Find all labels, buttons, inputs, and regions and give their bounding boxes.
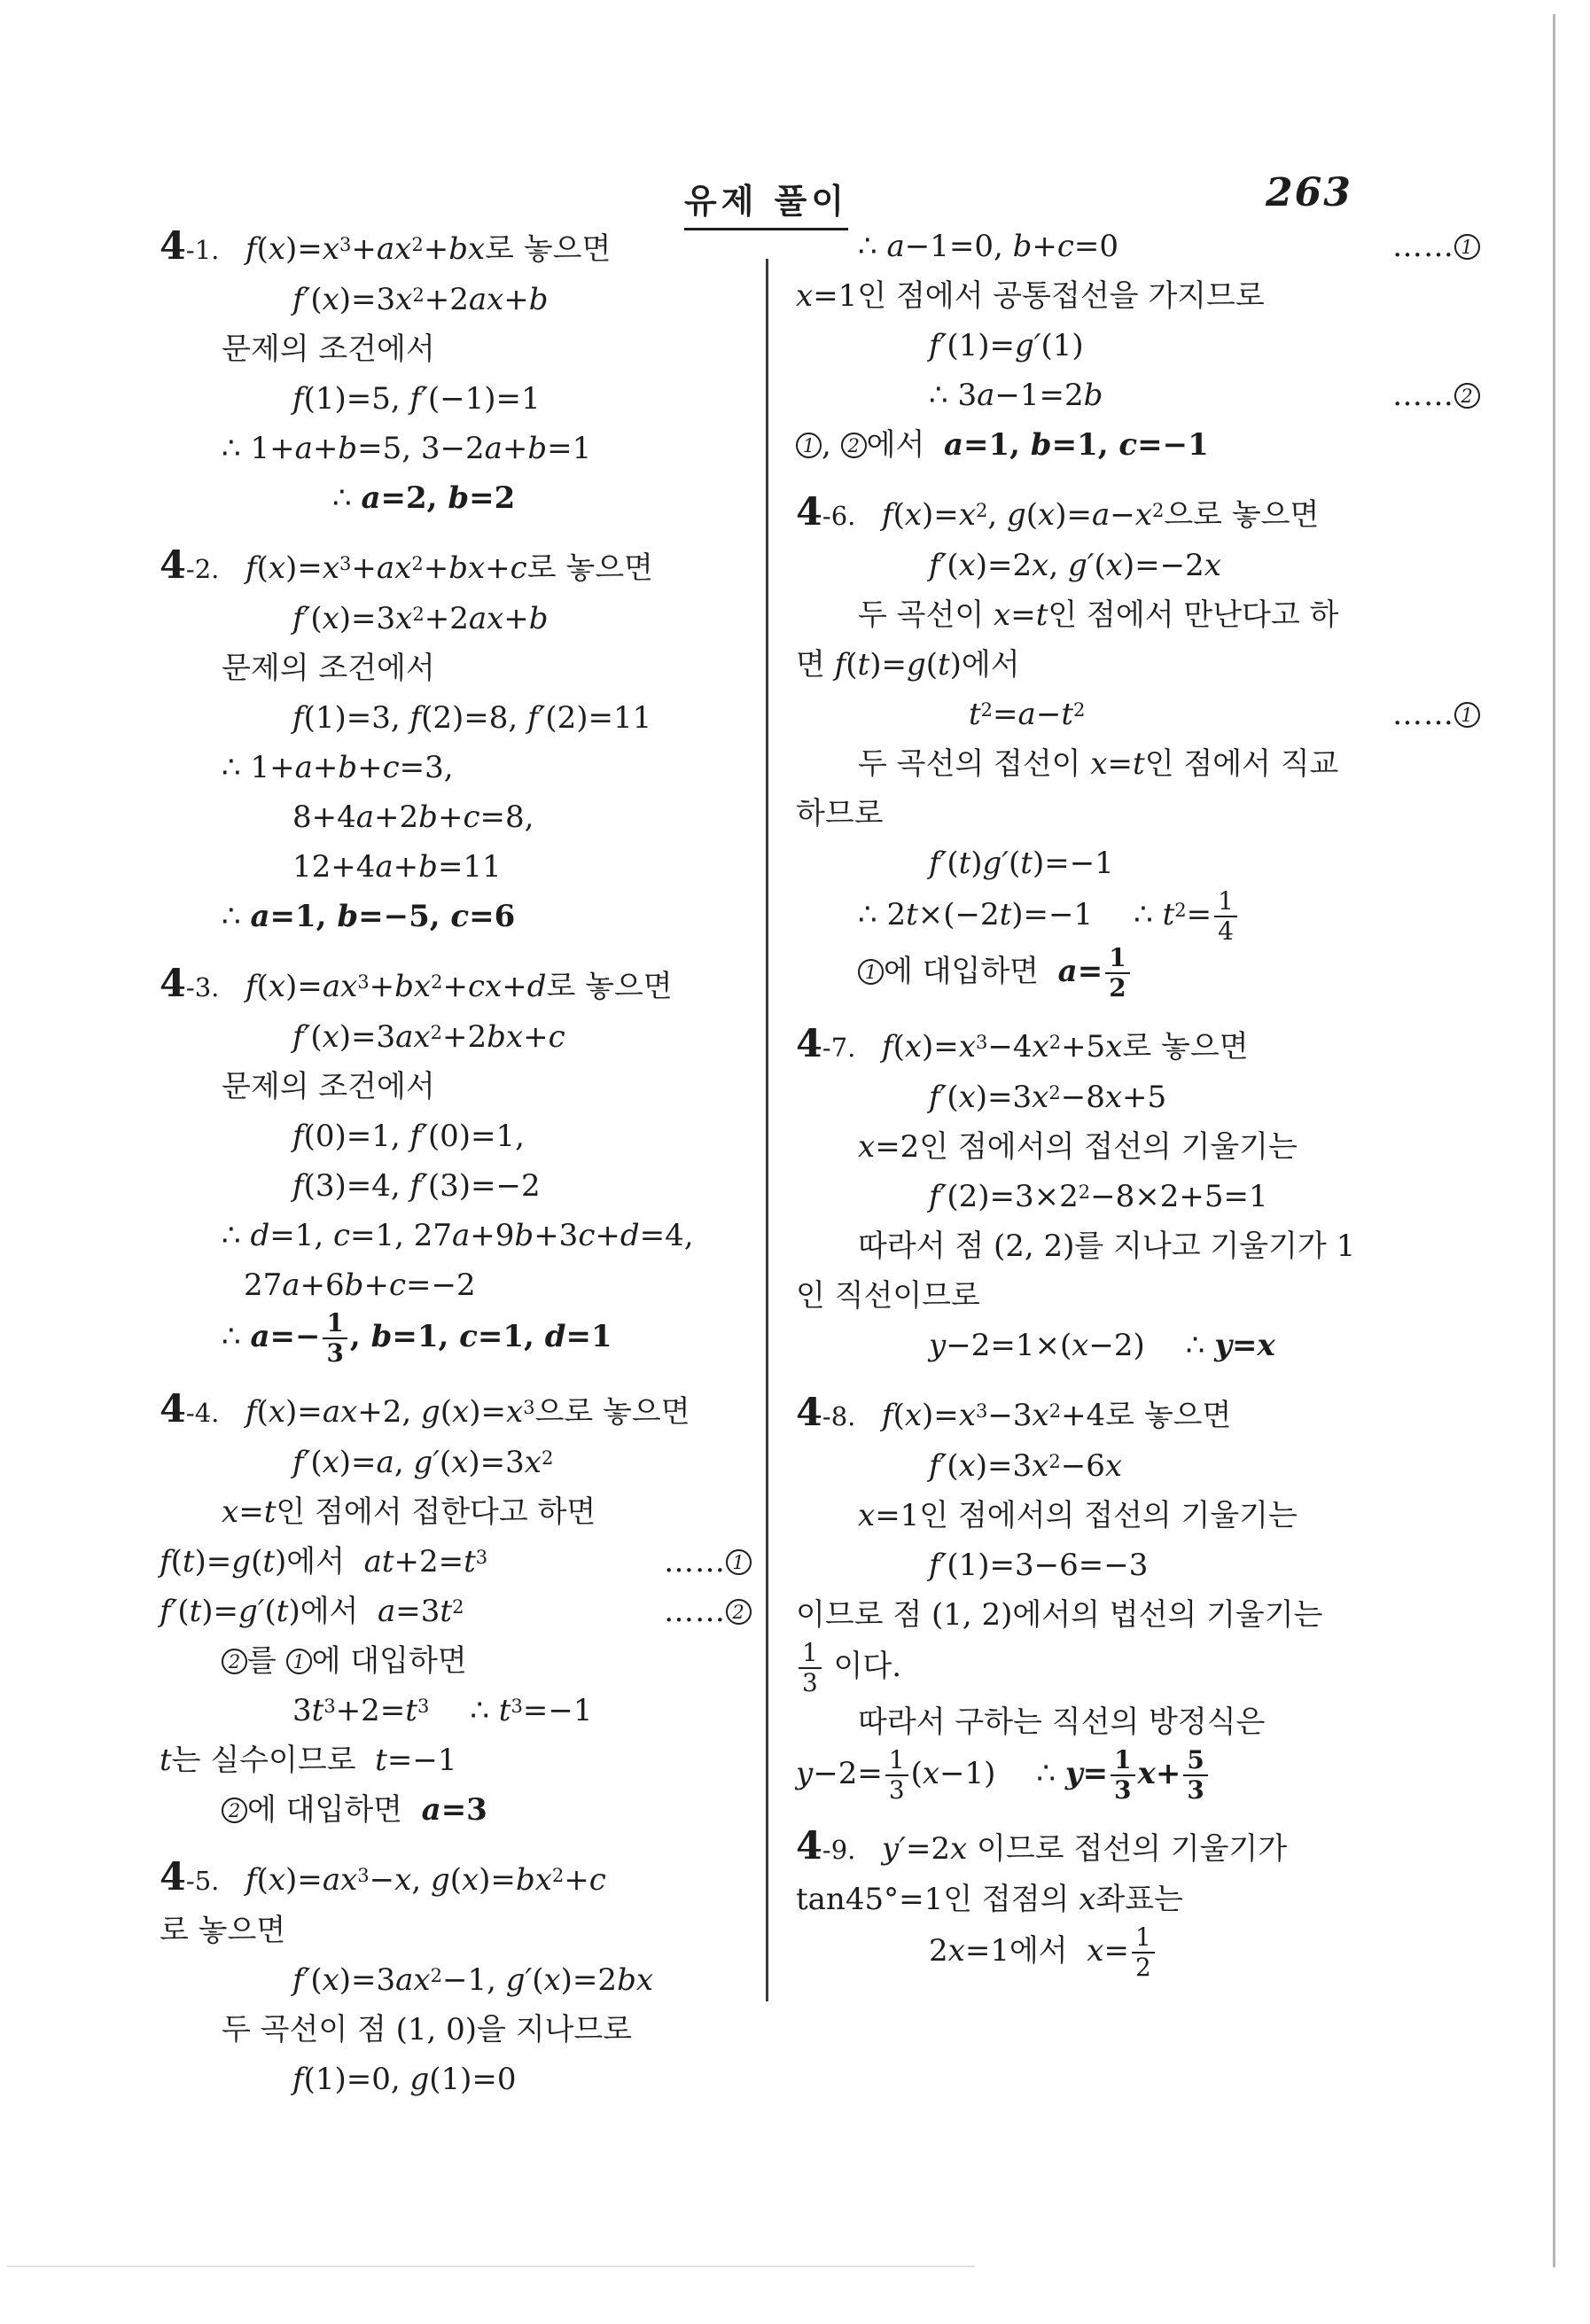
solution-line: f(1)=5, f′(−1)=1 <box>292 374 752 424</box>
fraction: 14 <box>1214 888 1237 945</box>
circled-number: 1 <box>1454 702 1480 728</box>
fraction: 13 <box>323 1310 347 1367</box>
circled-number: 1 <box>1454 234 1480 260</box>
fraction: 13 <box>1111 1747 1134 1804</box>
problem-4-6: 4-6.f(x)=x2, g(x)=a−x2으로 놓으면f′(x)=2x, g′… <box>796 487 1480 1002</box>
solution-line: ∴ a−1=0, b+c=0……1 <box>858 222 1480 271</box>
circled-number: 2 <box>841 433 867 458</box>
solution-line: 면 f(t)=g(t)에서 <box>796 640 1480 690</box>
solution-line: 27a+6b+c=−2 <box>244 1260 752 1310</box>
solution-line: f′(x)=2x, g′(x)=−2x <box>929 541 1480 590</box>
solution-line: ∴ 1+a+b+c=3, <box>222 743 752 792</box>
solution-line: f′(1)=3−6=−3 <box>929 1540 1480 1590</box>
problem-label: 4-8. <box>796 1388 882 1441</box>
annotation-ref: ……1 <box>1392 690 1480 739</box>
circled-number: 1 <box>858 959 884 985</box>
scan-artifact-bottom <box>7 2266 975 2267</box>
solution-line: t는 실수이므로 t=−1 <box>160 1735 752 1785</box>
solution-line: f′(x)=3x2+2ax+b <box>292 594 752 643</box>
solution-line: 1, 2에서 a=1, b=1, c=−1 <box>796 420 1480 470</box>
problem-label: 4-1. <box>160 222 246 275</box>
solution-line: f(0)=1, f′(0)=1, <box>292 1111 752 1161</box>
problem-label: 4-4. <box>160 1384 246 1438</box>
solution-line: 4-7.f(x)=x3−4x2+5x로 놓으면 <box>796 1019 1480 1072</box>
annotation-ref: ……1 <box>1392 222 1480 271</box>
circled-number: 2 <box>726 1599 752 1625</box>
solution-line: 3t3+2=t3∴ t3=−1 <box>292 1686 752 1735</box>
problem-label: 4-9. <box>796 1821 882 1875</box>
solution-line: 4-8.f(x)=x3−3x2+4로 놓으면 <box>796 1388 1480 1441</box>
solution-line: f′(t)=g′(t)에서 a=3t2……2 <box>160 1587 752 1636</box>
solution-line: tan45°=1인 접점의 x좌표는 <box>796 1875 1480 1924</box>
solution-line: f(1)=3, f(2)=8, f′(2)=11 <box>292 693 752 743</box>
problem-continuation: ∴ a−1=0, b+c=0……1x=1인 점에서 공통접선을 가지므로f′(1… <box>796 222 1480 470</box>
solution-line: ∴ a=2, b=2 <box>332 473 752 523</box>
solution-line: ∴ 3a−1=2b……2 <box>929 370 1480 420</box>
solution-line: f′(x)=a, g′(x)=3x2 <box>292 1438 752 1487</box>
solution-line: f′(1)=g′(1) <box>929 321 1480 370</box>
circled-number: 1 <box>726 1549 752 1575</box>
solution-line: 따라서 점 (2, 2)를 지나고 기울기가 1 <box>858 1221 1480 1271</box>
solution-line: x=1인 점에서 공통접선을 가지므로 <box>796 271 1480 321</box>
solution-line: f(t)=g(t)에서 at+2=t3……1 <box>160 1537 752 1587</box>
solution-line: 4-4.f(x)=ax+2, g(x)=x3으로 놓으면 <box>160 1384 752 1438</box>
problem-4-1: 4-1.f(x)=x3+ax2+bx로 놓으면f′(x)=3x2+2ax+b문제… <box>160 222 752 523</box>
solution-line: 1에 대입하면 a=12 <box>858 945 1480 1002</box>
fraction: 13 <box>799 1640 822 1696</box>
solution-line: 이므로 점 (1, 2)에서의 법선의 기울기는 <box>796 1590 1480 1640</box>
fraction: 53 <box>1183 1747 1207 1804</box>
solution-line: f′(2)=3×22−8×2+5=1 <box>929 1172 1480 1221</box>
solution-line: f′(x)=3x2−6x <box>929 1441 1480 1491</box>
solution-line: f(1)=0, g(1)=0 <box>292 2055 752 2104</box>
solution-line: ∴ 2t×(−2t)=−1∴ t2=14 <box>858 888 1480 945</box>
solution-line: y−2=1×(x−2)∴ y=x <box>929 1321 1480 1370</box>
solution-line: 문제의 조건에서 <box>222 1062 752 1111</box>
solution-line: 4-6.f(x)=x2, g(x)=a−x2으로 놓으면 <box>796 487 1480 541</box>
solution-line: 문제의 조건에서 <box>222 324 752 374</box>
solution-line: 4-9.y′=2x 이므로 접선의 기울기가 <box>796 1821 1480 1875</box>
solution-line: 두 곡선이 점 (1, 0)을 지나므로 <box>222 2005 752 2055</box>
solution-line: ∴ a=−13, b=1, c=1, d=1 <box>222 1310 752 1367</box>
fraction: 12 <box>1105 945 1129 1002</box>
solution-line: 로 놓으면 <box>160 1906 752 1955</box>
problem-4-3: 4-3.f(x)=ax3+bx2+cx+d로 놓으면f′(x)=3ax2+2bx… <box>160 959 752 1367</box>
textbook-page: 유제 풀이 263 4-1.f(x)=x3+ax2+bx로 놓으면f′(x)=3… <box>0 0 1590 2324</box>
circled-number: 1 <box>796 433 822 458</box>
solution-line: x=t인 점에서 접한다고 하면 <box>222 1487 752 1537</box>
solution-line: f′(x)=3ax2+2bx+c <box>292 1012 752 1062</box>
problem-4-8: 4-8.f(x)=x3−3x2+4로 놓으면f′(x)=3x2−6xx=1인 점… <box>796 1388 1480 1803</box>
annotation-ref: ……2 <box>664 1587 752 1636</box>
solution-line: y−2=13(x−1)∴ y=13x+53 <box>796 1747 1480 1804</box>
solution-line: 8+4a+2b+c=8, <box>292 792 752 842</box>
solution-line: 13 이다. <box>796 1640 1480 1696</box>
solution-line: f(3)=4, f′(3)=−2 <box>292 1161 752 1211</box>
solution-line: f′(x)=3x2+2ax+b <box>292 275 752 324</box>
problem-4-7: 4-7.f(x)=x3−4x2+5x로 놓으면f′(x)=3x2−8x+5x=2… <box>796 1019 1480 1370</box>
problem-label: 4-5. <box>160 1852 246 1906</box>
problem-label: 4-2. <box>160 541 246 594</box>
left-column: 4-1.f(x)=x3+ax2+bx로 놓으면f′(x)=3x2+2ax+b문제… <box>160 222 752 2104</box>
solution-line: 4-1.f(x)=x3+ax2+bx로 놓으면 <box>160 222 752 275</box>
solution-line: 두 곡선이 x=t인 점에서 만난다고 하 <box>858 590 1480 640</box>
fraction: 13 <box>885 1747 908 1804</box>
solution-line: 4-3.f(x)=ax3+bx2+cx+d로 놓으면 <box>160 959 752 1012</box>
solution-line: f′(t)g′(t)=−1 <box>929 838 1480 888</box>
scan-artifact-edge <box>1553 14 1555 2267</box>
solution-line: 문제의 조건에서 <box>222 643 752 693</box>
circled-number: 2 <box>222 1798 247 1823</box>
problem-label: 4-3. <box>160 959 246 1012</box>
solution-line: ∴ 1+a+b=5, 3−2a+b=1 <box>222 424 752 473</box>
page-number: 263 <box>1266 170 1352 215</box>
solution-line: t2=a−t2……1 <box>969 690 1480 739</box>
solution-line: x=2인 점에서의 접선의 기울기는 <box>858 1122 1480 1172</box>
solution-line: 12+4a+b=11 <box>292 842 752 892</box>
solution-line: 두 곡선의 접선이 x=t인 점에서 직교 <box>858 739 1480 789</box>
problem-label: 4-6. <box>796 487 882 541</box>
solution-line: f′(x)=3ax2−1, g′(x)=2bx <box>292 1955 752 2005</box>
problem-4-2: 4-2.f(x)=x3+ax2+bx+c로 놓으면f′(x)=3x2+2ax+b… <box>160 541 752 941</box>
problem-4-5: 4-5.f(x)=ax3−x, g(x)=bx2+c로 놓으면f′(x)=3ax… <box>160 1852 752 2104</box>
solution-line: 따라서 구하는 직선의 방정식은 <box>858 1697 1480 1747</box>
annotation-ref: ……2 <box>1392 370 1480 420</box>
solution-line: 4-5.f(x)=ax3−x, g(x)=bx2+c <box>160 1852 752 1906</box>
annotation-ref: ……1 <box>664 1537 752 1587</box>
circled-number: 1 <box>286 1649 312 1674</box>
circled-number: 2 <box>222 1649 247 1674</box>
solution-line: 하므로 <box>796 789 1480 838</box>
solution-line: x=1인 점에서의 접선의 기울기는 <box>858 1491 1480 1540</box>
fraction: 12 <box>1132 1924 1155 1981</box>
circled-number: 2 <box>1454 383 1480 409</box>
solution-line: f′(x)=3x2−8x+5 <box>929 1072 1480 1122</box>
solution-line: ∴ a=1, b=−5, c=6 <box>222 892 752 941</box>
problem-label: 4-7. <box>796 1019 882 1072</box>
problem-4-9: 4-9.y′=2x 이므로 접선의 기울기가tan45°=1인 접점의 x좌표는… <box>796 1821 1480 1981</box>
right-column: ∴ a−1=0, b+c=0……1x=1인 점에서 공통접선을 가지므로f′(1… <box>796 222 1480 1981</box>
solution-line: 2를 1에 대입하면 <box>222 1636 752 1686</box>
solution-line: 2에 대입하면 a=3 <box>222 1785 752 1835</box>
solution-line: 인 직선이므로 <box>796 1271 1480 1321</box>
solution-line: 2x=1에서 x=12 <box>929 1924 1480 1981</box>
column-divider <box>766 259 768 2001</box>
solution-line: ∴ d=1, c=1, 27a+9b+3c+d=4, <box>222 1211 752 1260</box>
solution-line: 4-2.f(x)=x3+ax2+bx+c로 놓으면 <box>160 541 752 594</box>
problem-4-4: 4-4.f(x)=ax+2, g(x)=x3으로 놓으면f′(x)=a, g′(… <box>160 1384 752 1835</box>
